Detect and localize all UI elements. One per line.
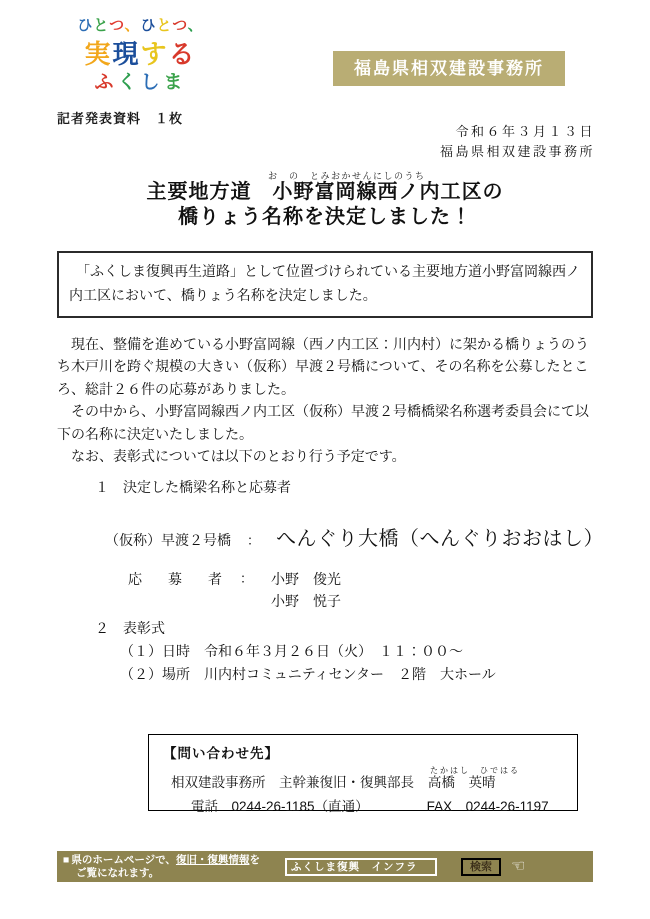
contact-box: 【問い合わせ先】 相双建設事務所 主幹兼復旧・復興部長たかはし ひではる高橋 英…	[148, 734, 578, 811]
logo-text-line1: ひとつ、ひとつ、	[68, 14, 213, 38]
section1-heading: １ 決定した橋梁名称と応募者	[95, 477, 291, 497]
ceremony-datetime: （１）日時 令和６年３月２６日（火） １１：００～	[120, 640, 496, 663]
applicant-name-1: 小野 俊光	[271, 568, 341, 590]
date-block: 令和６年３月１３日 福島県相双建設事務所	[440, 122, 595, 162]
issuing-office: 福島県相双建設事務所	[440, 142, 595, 162]
footer-notice-line2: ご覧になれます。	[63, 867, 285, 880]
press-release-page: ひとつ、ひとつ、 実現する ふくしま 記者発表資料 １枚 福島県相双建設事務所 …	[0, 0, 650, 919]
decided-bridge-name: へんぐり大橋（へんぐりおおはし）	[276, 522, 604, 551]
applicant-name-2: 小野 悦子	[271, 590, 341, 612]
contact-office-role: 相双建設事務所 主幹兼復旧・復興部長	[171, 775, 414, 790]
section2-items: （１）日時 令和６年３月２６日（火） １１：００～ （２）場所 川内村コミュニテ…	[120, 640, 496, 685]
applicant-label: 応 募 者	[128, 568, 228, 590]
office-badge: 福島県相双建設事務所	[333, 51, 565, 86]
summary-box: 「ふくしま復興再生道路」として位置づけられている主要地方道小野富岡線西ノ内工区に…	[57, 251, 593, 318]
search-button[interactable]: 検索	[461, 858, 501, 876]
page-title-line2: 橋りょう名称を決定しました！	[0, 205, 650, 230]
body-paragraph-2: その中から、小野富岡線西ノ内工区（仮称）早渡２号橋橋梁名称選考委員会にて以下の名…	[57, 400, 593, 445]
release-date: 令和６年３月１３日	[440, 122, 595, 142]
contact-fax: FAX 0244-26-1197	[427, 795, 549, 815]
page-title-line1: 主要地方道 小野富岡線西ノ内工区の	[0, 180, 650, 205]
footer-banner: ■県のホームページで、復旧・復興情報を ご覧になれます。 ふくしま復興 インフラ…	[57, 851, 593, 882]
pointing-hand-icon: ☜	[511, 859, 525, 875]
recovery-info-link[interactable]: 復旧・復興情報	[176, 854, 250, 866]
white-square-icon: ■	[63, 854, 69, 866]
body-paragraph-1: 現在、整備を進めている小野富岡線（西ノ内工区：川内村）に架かる橋りょうのうち木戸…	[57, 333, 593, 400]
footer-notice: ■県のホームページで、復旧・復興情報を ご覧になれます。	[63, 854, 285, 880]
contact-numbers-line: 電話 0244-26-1185（直通） FAX 0244-26-1197	[163, 795, 563, 815]
footer-text-before: 県のホームページで、	[71, 854, 176, 866]
ceremony-place: （２）場所 川内村コミュニティセンター ２階 大ホール	[120, 663, 496, 686]
contact-person: たかはし ひではる高橋 英晴	[428, 775, 496, 790]
bridge-colon: ：	[247, 530, 260, 549]
contact-heading: 【問い合わせ先】	[163, 742, 563, 762]
search-input[interactable]: ふくしま復興 インフラ	[285, 858, 437, 876]
applicant-names: 小野 俊光 小野 悦子	[271, 568, 341, 612]
contact-person-furigana: たかはし ひではる	[430, 765, 520, 776]
bridge-name-row: （仮称）早渡２号橋 ： へんぐり大橋（へんぐりおおはし）	[105, 522, 604, 551]
footer-notice-line1: ■県のホームページで、復旧・復興情報を	[63, 854, 285, 867]
bridge-provisional-label: （仮称）早渡２号橋	[105, 530, 231, 550]
contact-person-line: 相双建設事務所 主幹兼復旧・復興部長たかはし ひではる高橋 英晴	[163, 771, 563, 791]
logo-text-line2: 実現する	[68, 38, 213, 70]
page-title: 主要地方道 小野富岡線西ノ内工区の 橋りょう名称を決定しました！	[0, 180, 650, 230]
section2-heading: ２ 表彰式	[95, 618, 165, 638]
contact-person-name: 高橋 英晴	[428, 775, 496, 790]
applicant-colon: ：	[240, 568, 253, 590]
contact-tel: 電話 0244-26-1185（直通）	[191, 795, 369, 815]
logo-text-line3: ふくしま	[68, 70, 213, 96]
body-paragraph-3: なお、表彰式については以下のとおり行う予定です。	[57, 445, 593, 467]
applicants-row: 応 募 者 ： 小野 俊光 小野 悦子	[128, 568, 341, 612]
body-text: 現在、整備を進めている小野富岡線（西ノ内工区：川内村）に架かる橋りょうのうち木戸…	[57, 333, 593, 467]
fukushima-logo: ひとつ、ひとつ、 実現する ふくしま	[68, 14, 213, 96]
document-type-label: 記者発表資料 １枚	[57, 108, 183, 127]
footer-text-after: を	[249, 854, 260, 866]
